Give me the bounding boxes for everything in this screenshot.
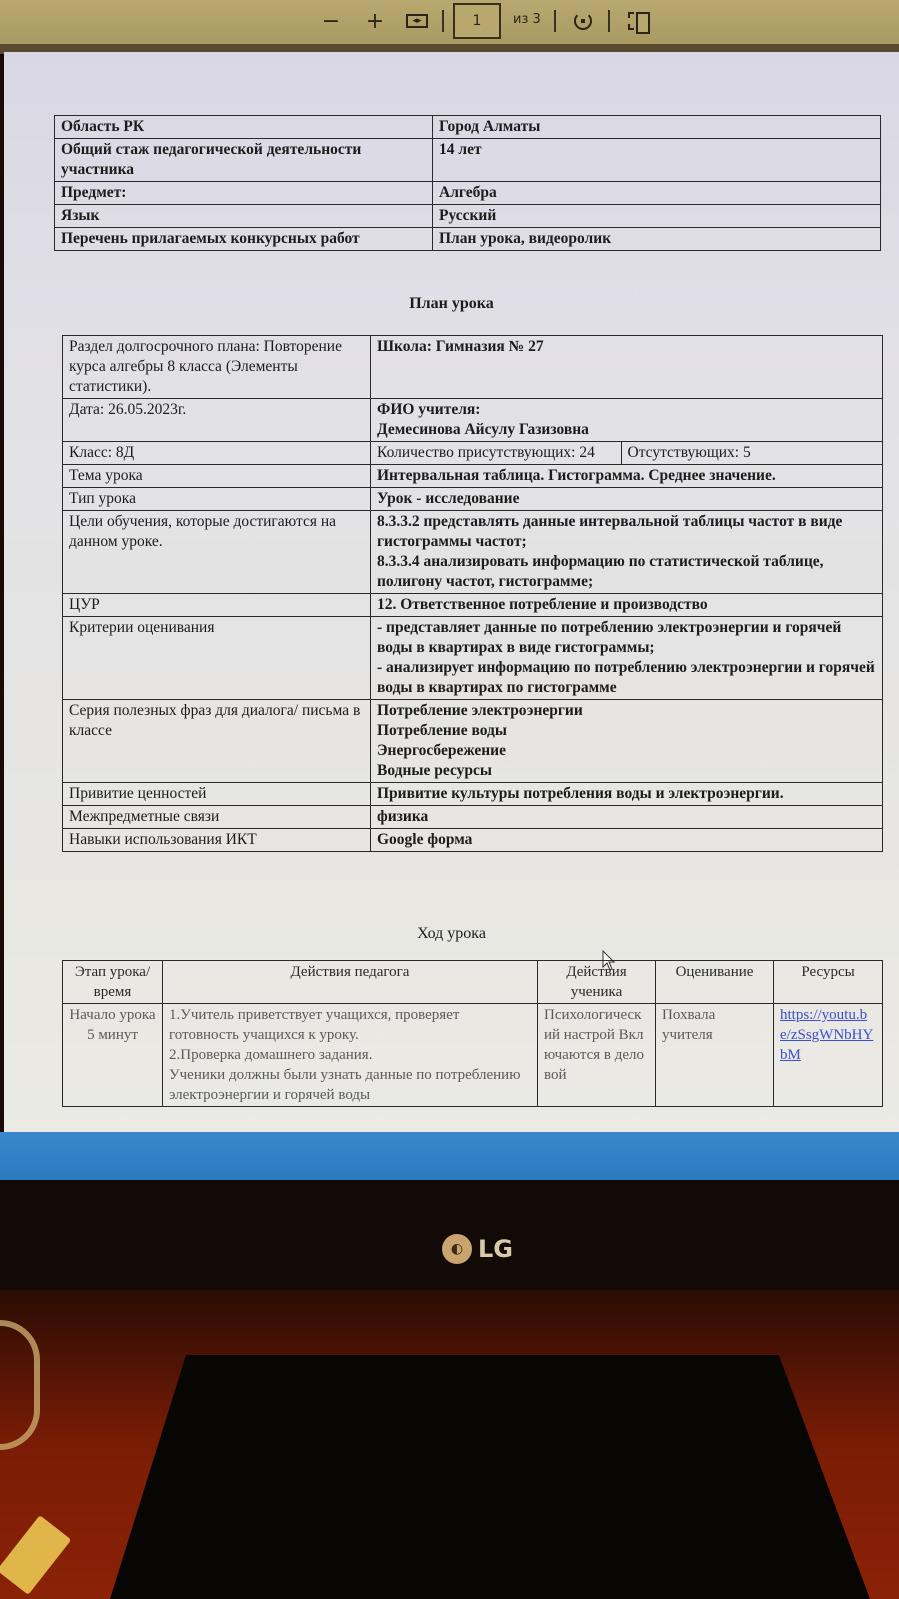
toolbar-divider	[608, 10, 610, 32]
rotate-button[interactable]	[570, 6, 596, 36]
section-title: План урока	[4, 295, 899, 313]
table-row: ЯзыкРусский	[55, 205, 881, 228]
pdf-toolbar: − + ◂▸ 1 из 3	[0, 0, 899, 44]
minus-icon: −	[322, 9, 340, 34]
table-row: Привитие ценностейПривитие культуры потр…	[63, 783, 883, 806]
plus-icon: +	[366, 9, 384, 34]
table-row: Критерии оценивания- представляет данные…	[63, 617, 883, 700]
page-count: из 3	[513, 12, 541, 27]
toolbar-divider	[442, 10, 444, 32]
table-row: Серия полезных фраз для диалога/ письма …	[63, 700, 883, 783]
absent-count: Отсутствующих: 5	[621, 442, 882, 464]
page-view-button[interactable]	[624, 6, 650, 36]
table-row: ЦУР12. Ответственное потребление и произ…	[63, 594, 883, 617]
page-number-input[interactable]: 1	[453, 3, 501, 39]
zoom-in-button[interactable]: +	[362, 6, 388, 36]
table-row: Навыки использования ИКТGoogle форма	[63, 829, 883, 852]
lesson-plan-table: Раздел долгосрочного плана: Повторение к…	[62, 335, 883, 852]
zoom-out-button[interactable]: −	[318, 6, 344, 36]
resource-link[interactable]: https://youtu.be/zSsgWNbHYbM	[780, 1007, 873, 1063]
table-header-row: Этап урока/ время Действия педагога Дейс…	[63, 961, 883, 1004]
lesson-course-table: Этап урока/ время Действия педагога Дейс…	[62, 960, 883, 1107]
table-row: Тема урокаИнтервальная таблица. Гистогра…	[63, 465, 883, 488]
present-count: Количество присутствующих: 24	[371, 442, 621, 464]
participant-info-table: Область РКГород Алматы Общий стаж педаго…	[54, 115, 881, 251]
table-row: Тип урокаУрок - исследование	[63, 488, 883, 511]
table-row: Раздел долгосрочного плана: Повторение к…	[63, 336, 883, 399]
table-row: Цели обучения, которые достигаются на да…	[63, 511, 883, 594]
section-title: Ход урока	[4, 925, 899, 943]
page-view-icon	[628, 12, 646, 30]
lg-logo-icon: ◐	[442, 1234, 472, 1264]
table-row: Дата: 26.05.2023г. ФИО учителя:Демесинов…	[63, 399, 883, 442]
table-row: Класс: 8Д Количество присутствующих: 24 …	[63, 442, 883, 465]
taskbar	[0, 1132, 899, 1180]
table-row: Общий стаж педагогической деятельности у…	[55, 139, 881, 182]
lg-logo: ◐ LG	[442, 1234, 513, 1264]
table-row: Перечень прилагаемых конкурсных работПла…	[55, 228, 881, 251]
table-row: Предмет:Алгебра	[55, 182, 881, 205]
rotate-icon	[574, 12, 592, 30]
table-row: Межпредметные связифизика	[63, 806, 883, 829]
monitor-stand	[110, 1355, 870, 1599]
fit-width-button[interactable]: ◂▸	[404, 6, 430, 36]
toolbar-divider	[554, 10, 556, 32]
fit-width-icon: ◂▸	[406, 14, 428, 28]
table-row: Область РКГород Алматы	[55, 116, 881, 139]
document-page: Область РКГород Алматы Общий стаж педаго…	[4, 52, 899, 1152]
cable	[0, 1320, 40, 1450]
table-row: Начало урока 5 минут 1.Учитель приветств…	[63, 1004, 883, 1107]
